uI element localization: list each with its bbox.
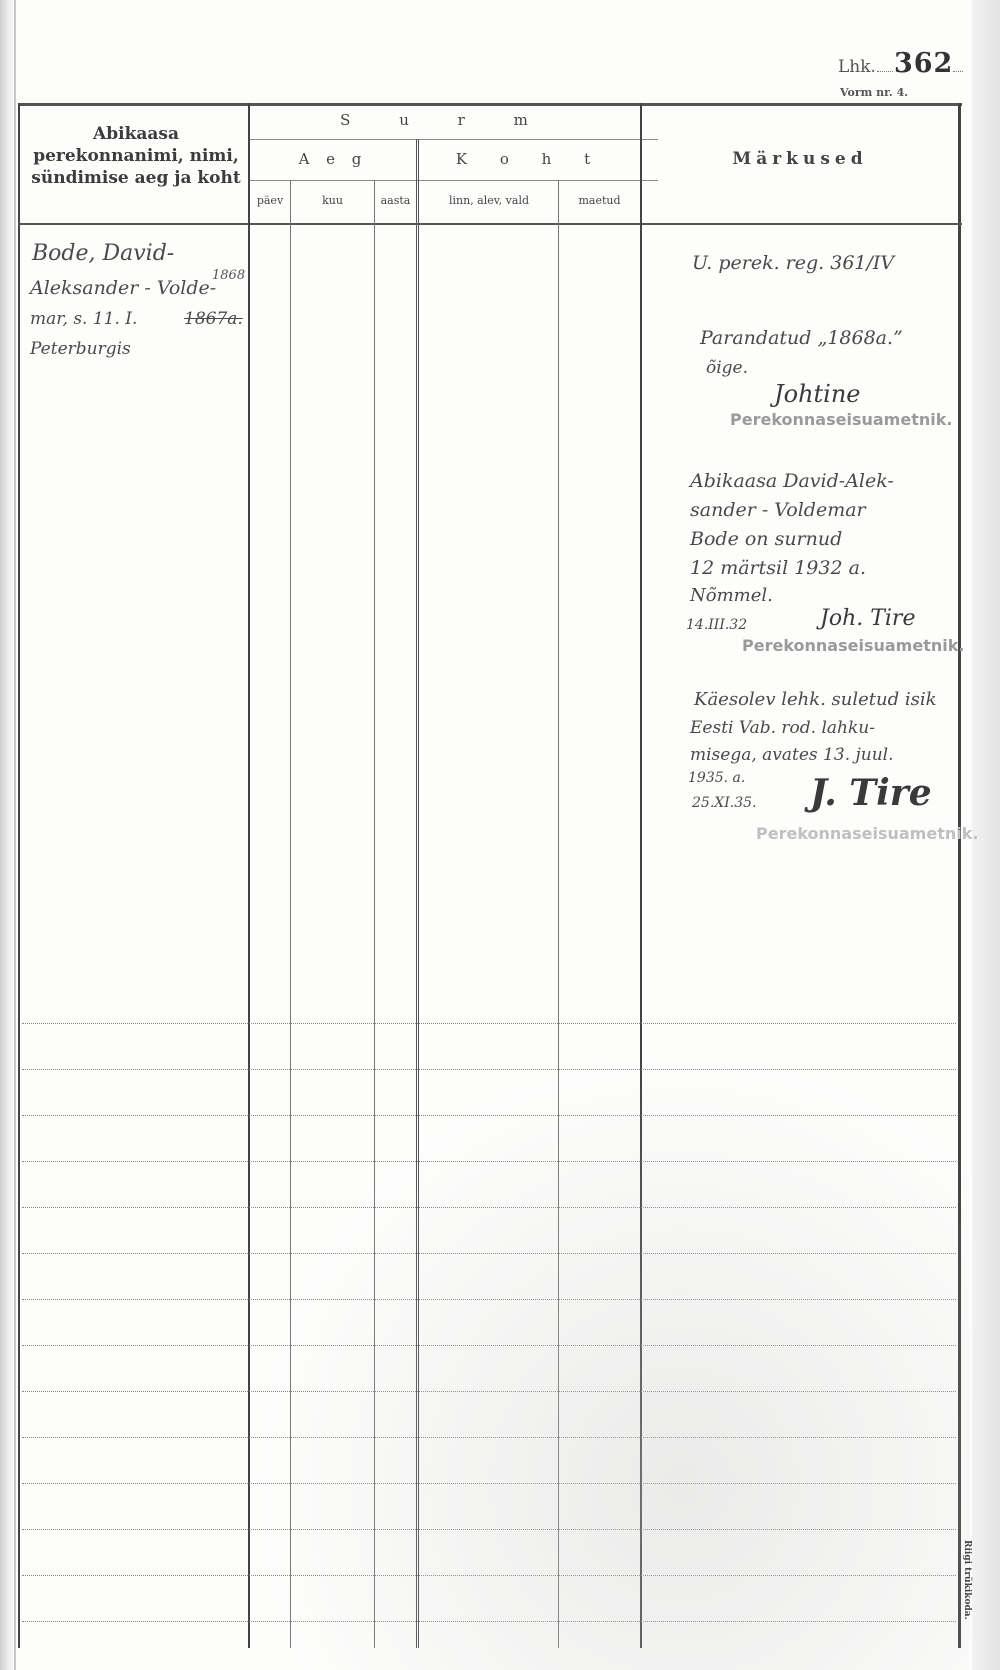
col-divider-remarks [640, 103, 642, 1648]
remark-correction-line-2: õige. [706, 355, 748, 382]
page-binding-edge [0, 0, 14, 1670]
header-rule-1 [248, 139, 658, 140]
table-right-border [958, 103, 961, 1648]
header-rule-2 [248, 180, 658, 181]
page-number-label: Lhk.362 [838, 48, 963, 79]
entry-birth-year-struck: 1867a. [184, 306, 243, 333]
remark-correction-line-1: Parandatud „1868a.” [700, 325, 903, 352]
entry-birth-year-corrected: 1868 [212, 268, 245, 283]
ruled-row-line [22, 1115, 956, 1116]
ruled-row-line [22, 1437, 956, 1438]
ruled-row-line [22, 1391, 956, 1392]
form-number: Vorm nr. 4. [840, 86, 908, 99]
remark-date-2: 14.III.32 [686, 612, 747, 639]
ruled-row-line [22, 1529, 956, 1530]
remark-date-3: 25.XI.35. [692, 790, 756, 817]
entry-spouse-line-3: mar, s. 11. I. [30, 306, 137, 333]
header-death: S u r m [250, 111, 640, 129]
official-stamp-3: Perekonnaseisuametnik. [756, 824, 978, 843]
official-stamp-2: Perekonnaseisuametnik. [742, 636, 964, 655]
remark-closure-line-2: Eesti Vab. rod. lahku- [690, 715, 875, 742]
binding-line [14, 0, 16, 1670]
ruled-row-line [22, 1207, 956, 1208]
dotted-fill [877, 71, 893, 72]
remark-death-line-4: 12 märtsil 1932 a. [690, 555, 866, 582]
ruled-row-line [22, 1621, 956, 1622]
entry-spouse-line-2: Aleksander - Volde- [30, 275, 216, 302]
remark-closure-line-1: Käesolev lehk. suletud isik [694, 686, 937, 713]
remark-closure-line-4: 1935. a. [688, 765, 745, 792]
remark-register-ref: U. perek. reg. 361/IV [692, 250, 894, 277]
header-bottom-rule [18, 223, 962, 225]
header-time: A e g [250, 150, 416, 168]
entry-spouse-line-1: Bode, David- [32, 240, 174, 267]
header-month: kuu [291, 194, 374, 207]
col-divider-place [558, 180, 559, 1648]
ruled-row-line [22, 1023, 956, 1024]
header-buried: maetud [559, 194, 640, 207]
col-divider-spouse [248, 103, 250, 1648]
table-top-border [18, 103, 962, 106]
page-number: 362 [894, 48, 953, 79]
remark-death-line-3: Bode on surnud [690, 526, 842, 553]
signature-3: J. Tire [810, 772, 932, 814]
header-remarks: Märkused [642, 149, 958, 169]
ruled-row-line [22, 1253, 956, 1254]
page-label: Lhk. [838, 57, 876, 77]
header-day: päev [250, 194, 290, 207]
printer-imprint: Riigi trükikoda. [962, 1540, 972, 1620]
ruled-row-line [22, 1483, 956, 1484]
ruled-row-line [22, 1575, 956, 1576]
ruled-row-line [22, 1069, 956, 1070]
ruled-row-line [22, 1299, 956, 1300]
official-stamp-1: Perekonnaseisuametnik. [730, 410, 952, 429]
signature-1: Johtine [774, 380, 861, 408]
dotted-fill [953, 71, 963, 72]
entry-spouse-line-4: Peterburgis [30, 336, 131, 363]
ruled-row-line [22, 1161, 956, 1162]
col-divider-day [290, 180, 291, 1648]
table-left-border [18, 103, 20, 1648]
col-divider-month [374, 180, 375, 1648]
col-divider-time-place [416, 139, 419, 1648]
header-place-name: linn, alev, vald [420, 194, 558, 207]
ruled-row-line [22, 1345, 956, 1346]
remark-death-line-2: sander - Voldemar [690, 497, 866, 524]
remark-death-line-1: Abikaasa David-Alek- [690, 468, 894, 495]
signature-2: Joh. Tire [820, 606, 915, 631]
header-place: K o h t [420, 150, 640, 168]
header-year: aasta [375, 194, 416, 207]
remark-death-line-5: Nõmmel. [690, 582, 773, 609]
header-spouse: Abikaasa perekonnanimi, nimi, sündimise … [18, 123, 254, 189]
